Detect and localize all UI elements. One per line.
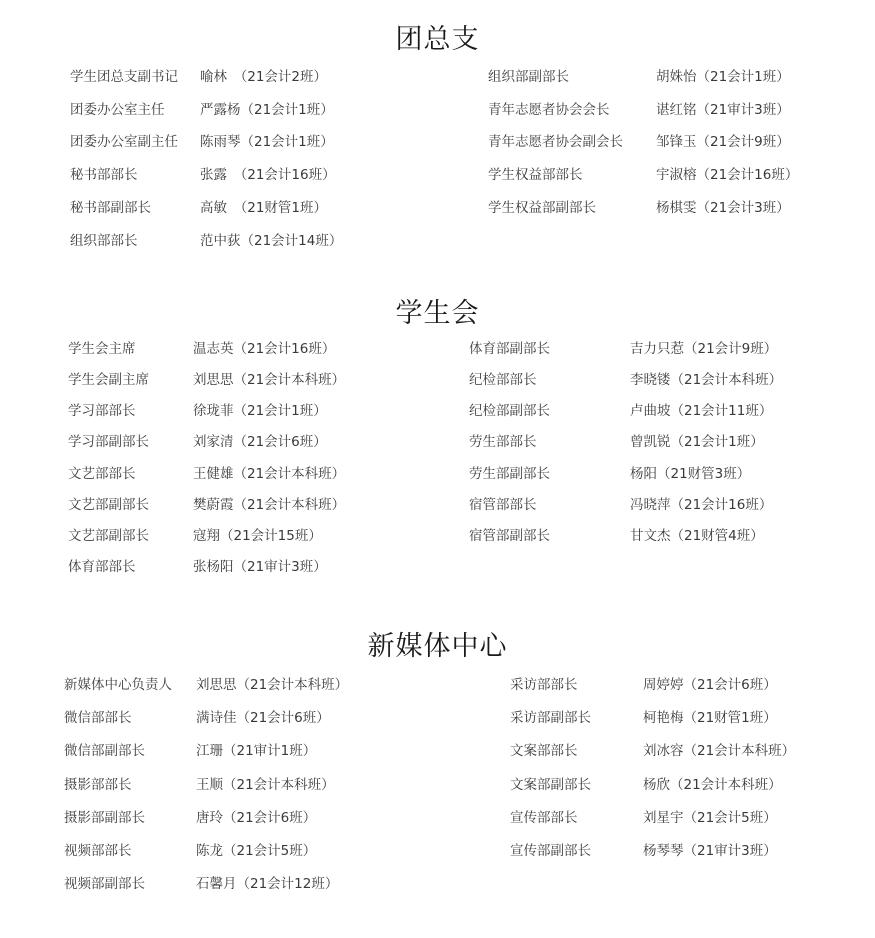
role-label: 劳生部部长 — [469, 433, 537, 451]
person-name: 甘文杰（21财管4班） — [630, 527, 764, 545]
role-label: 宿管部部长 — [469, 496, 537, 514]
section-title: 团总支 — [0, 23, 875, 57]
role-label: 采访部副部长 — [510, 709, 591, 727]
person-name: 满诗佳（21会计6班） — [196, 709, 330, 727]
section-title: 学生会 — [0, 297, 875, 331]
person-name: 刘家清（21会计6班） — [193, 433, 327, 451]
role-label: 文艺部副部长 — [68, 496, 149, 514]
role-label: 文案部副部长 — [510, 776, 591, 794]
role-label: 宿管部副部长 — [469, 527, 550, 545]
person-name: 周婷婷（21会计6班） — [643, 676, 777, 694]
person-name: 王健雄（21会计本科班） — [193, 465, 345, 483]
role-label: 纪检部部长 — [469, 371, 537, 389]
role-label: 新媒体中心负责人 — [64, 676, 172, 694]
role-label: 秘书部部长 — [70, 166, 138, 184]
person-name: 吉力只惹（21会计9班） — [630, 340, 777, 358]
person-name: 陈龙（21会计5班） — [196, 842, 316, 860]
person-name: 杨琴琴（21审计3班） — [643, 842, 777, 860]
role-label: 宣传部部长 — [510, 809, 578, 827]
role-label: 青年志愿者协会副会长 — [488, 133, 623, 151]
person-name: 张杨阳（21审计3班） — [193, 558, 327, 576]
person-name: 杨棋雯（21会计3班） — [656, 199, 790, 217]
person-name: 江珊（21审计1班） — [196, 742, 316, 760]
person-name: 范中荻（21会计14班） — [200, 232, 342, 250]
role-label: 青年志愿者协会会长 — [488, 101, 610, 119]
person-name: 樊蔚霞（21会计本科班） — [193, 496, 345, 514]
person-name: 高敏 （21财管1班） — [200, 199, 327, 217]
role-label: 文艺部副部长 — [68, 527, 149, 545]
person-name: 杨欣（21会计本科班） — [643, 776, 782, 794]
role-label: 文艺部部长 — [68, 465, 136, 483]
role-label: 学生会主席 — [68, 340, 136, 358]
person-name: 刘冰容（21会计本科班） — [643, 742, 795, 760]
person-name: 陈雨琴（21会计1班） — [200, 133, 334, 151]
role-label: 体育部副部长 — [469, 340, 550, 358]
role-label: 微信部副部长 — [64, 742, 145, 760]
role-label: 组织部部长 — [70, 232, 138, 250]
role-label: 团委办公室主任 — [70, 101, 165, 119]
section-title: 新媒体中心 — [0, 630, 875, 664]
role-label: 学生团总支副书记 — [70, 68, 178, 86]
role-label: 宣传部副部长 — [510, 842, 591, 860]
person-name: 张露 （21会计16班） — [200, 166, 336, 184]
person-name: 杨阳（21财管3班） — [630, 465, 750, 483]
role-label: 视频部副部长 — [64, 875, 145, 893]
person-name: 严露杨（21会计1班） — [200, 101, 334, 119]
role-label: 文案部部长 — [510, 742, 578, 760]
person-name: 王顺（21会计本科班） — [196, 776, 335, 794]
role-label: 学习部副部长 — [68, 433, 149, 451]
role-label: 学习部部长 — [68, 402, 136, 420]
person-name: 柯艳梅（21财管1班） — [643, 709, 777, 727]
role-label: 纪检部副部长 — [469, 402, 550, 420]
person-name: 谌红铭（21审计3班） — [656, 101, 790, 119]
role-label: 学生会副主席 — [68, 371, 149, 389]
role-label: 视频部部长 — [64, 842, 132, 860]
role-label: 学生权益部部长 — [488, 166, 583, 184]
person-name: 宇淑榕（21会计16班） — [656, 166, 798, 184]
role-label: 秘书部副部长 — [70, 199, 151, 217]
role-label: 采访部部长 — [510, 676, 578, 694]
person-name: 邹锋玉（21会计9班） — [656, 133, 790, 151]
person-name: 喻林 （21会计2班） — [200, 68, 327, 86]
person-name: 卢曲坡（21会计11班） — [630, 402, 772, 420]
person-name: 曾凯锐（21会计1班） — [630, 433, 764, 451]
person-name: 李晓镂（21会计本科班） — [630, 371, 782, 389]
role-label: 学生权益部副部长 — [488, 199, 596, 217]
person-name: 石馨月（21会计12班） — [196, 875, 338, 893]
role-label: 摄影部副部长 — [64, 809, 145, 827]
person-name: 刘思思（21会计本科班） — [196, 676, 348, 694]
role-label: 摄影部部长 — [64, 776, 132, 794]
role-label: 微信部部长 — [64, 709, 132, 727]
role-label: 组织部副部长 — [488, 68, 569, 86]
person-name: 刘星宇（21会计5班） — [643, 809, 777, 827]
person-name: 刘思思（21会计本科班） — [193, 371, 345, 389]
role-label: 团委办公室副主任 — [70, 133, 178, 151]
person-name: 温志英（21会计16班） — [193, 340, 335, 358]
person-name: 寇翔（21会计15班） — [193, 527, 322, 545]
person-name: 冯晓萍（21会计16班） — [630, 496, 772, 514]
role-label: 体育部部长 — [68, 558, 136, 576]
person-name: 徐珑菲（21会计1班） — [193, 402, 327, 420]
role-label: 劳生部副部长 — [469, 465, 550, 483]
person-name: 胡姝怡（21会计1班） — [656, 68, 790, 86]
person-name: 唐玲（21会计6班） — [196, 809, 316, 827]
